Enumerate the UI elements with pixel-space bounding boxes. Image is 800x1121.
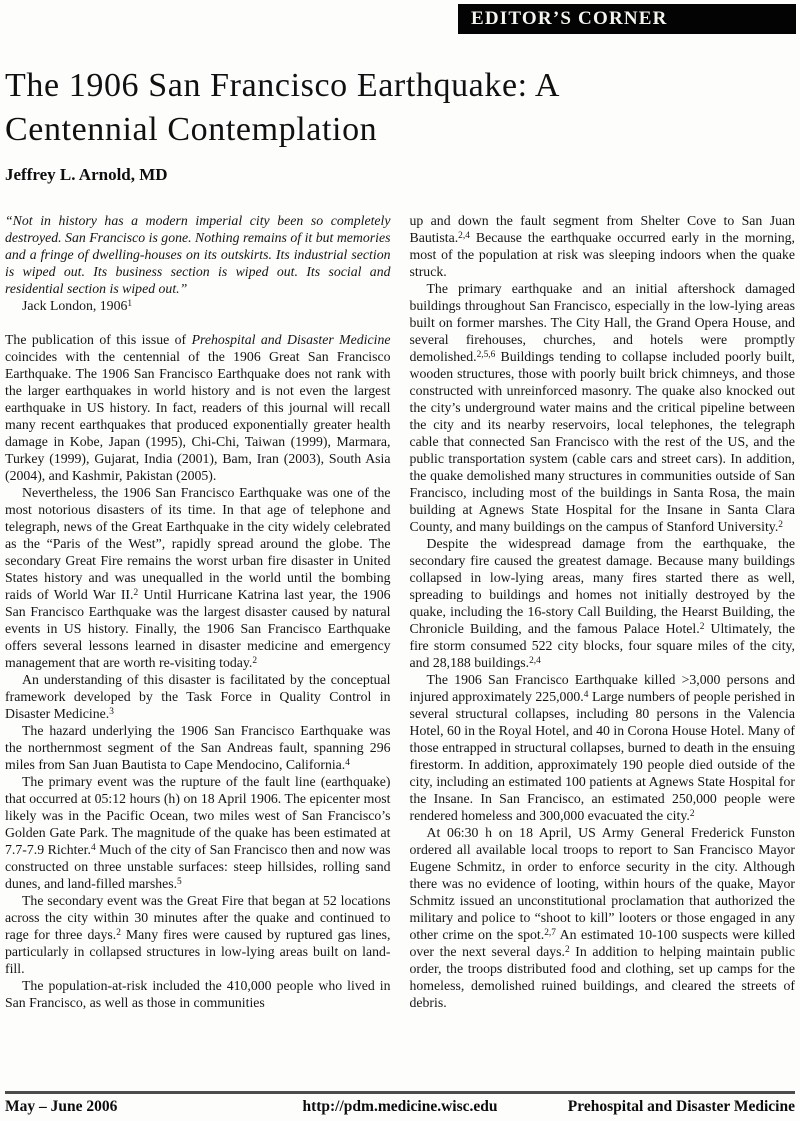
article-body: “Not in history has a modern imperial ci… — [5, 212, 795, 1011]
paragraph: Despite the widespread damage from the e… — [410, 535, 796, 671]
footer-issue-date: May – June 2006 — [5, 1098, 268, 1116]
paragraph: At 06:30 h on 18 April, US Army General … — [410, 824, 796, 1011]
paragraph: up and down the fault segment from Shelt… — [410, 212, 796, 280]
paragraph: The 1906 San Francisco Earthquake killed… — [410, 671, 796, 824]
paragraph: The primary earthquake and an initial af… — [410, 280, 796, 535]
paragraph: The publication of this issue of Prehosp… — [5, 331, 391, 484]
epigraph-attribution: Jack London, 19061 — [5, 297, 391, 314]
article-author: Jeffrey L. Arnold, MD — [5, 165, 795, 185]
footer-journal-name: Prehospital and Disaster Medicine — [532, 1098, 795, 1116]
column-right: up and down the fault segment from Shelt… — [410, 212, 796, 1011]
footer-journal-url: http://pdm.medicine.wisc.edu — [268, 1098, 531, 1116]
paragraph: The population-at-risk included the 410,… — [5, 977, 391, 1011]
paragraph: The hazard underlying the 1906 San Franc… — [5, 722, 391, 773]
paragraph: An understanding of this disaster is fac… — [5, 671, 391, 722]
paragraph: The secondary event was the Great Fire t… — [5, 892, 391, 977]
epigraph-quote: “Not in history has a modern imperial ci… — [5, 212, 391, 297]
journal-article-page: EDITOR’S CORNER The 1906 San Francisco E… — [0, 0, 800, 1121]
editors-corner-banner: EDITOR’S CORNER — [458, 4, 796, 34]
banner-label: EDITOR’S CORNER — [471, 8, 668, 30]
paragraph: The primary event was the rupture of the… — [5, 773, 391, 892]
page-footer: May – June 2006 http://pdm.medicine.wisc… — [5, 1091, 795, 1116]
column-left: “Not in history has a modern imperial ci… — [5, 212, 391, 1011]
paragraph: Nevertheless, the 1906 San Francisco Ear… — [5, 484, 391, 671]
